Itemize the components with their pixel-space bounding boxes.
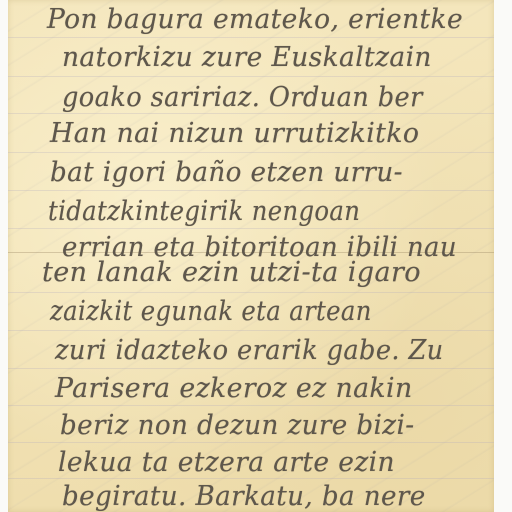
handwritten-line: beriz non dezun zure bizi-: [60, 410, 415, 441]
handwritten-line: goako saririaz. Orduan ber: [62, 82, 423, 113]
handwritten-line: natorkizu zure Euskaltzain: [62, 42, 432, 73]
handwritten-line: zaizkit egunak eta artean: [50, 296, 372, 327]
handwritten-line: Pon bagura emateko, erientke: [47, 4, 463, 35]
handwritten-text: Pon bagura emateko, erientke natorkizu z…: [8, 0, 494, 512]
handwritten-line: tidatzkintegirik nengoan: [48, 196, 360, 227]
handwritten-line: zuri idazteko erarik gabe. Zu: [55, 335, 444, 366]
scan-canvas: Pon bagura emateko, erientke natorkizu z…: [0, 0, 512, 512]
handwritten-line: Han nai nizun urrutizkitko: [50, 118, 419, 149]
handwritten-line: begiratu. Barkatu, ba nere: [62, 481, 426, 512]
handwritten-line: Parisera ezkeroz ez nakin: [55, 373, 413, 404]
handwritten-line: bat igori baño etzen urru-: [50, 157, 403, 188]
handwritten-line: ten lanak ezin utzi-ta igaro: [42, 257, 421, 288]
handwritten-line: lekua ta etzera arte ezin: [58, 447, 395, 478]
letter-page: Pon bagura emateko, erientke natorkizu z…: [8, 0, 494, 512]
